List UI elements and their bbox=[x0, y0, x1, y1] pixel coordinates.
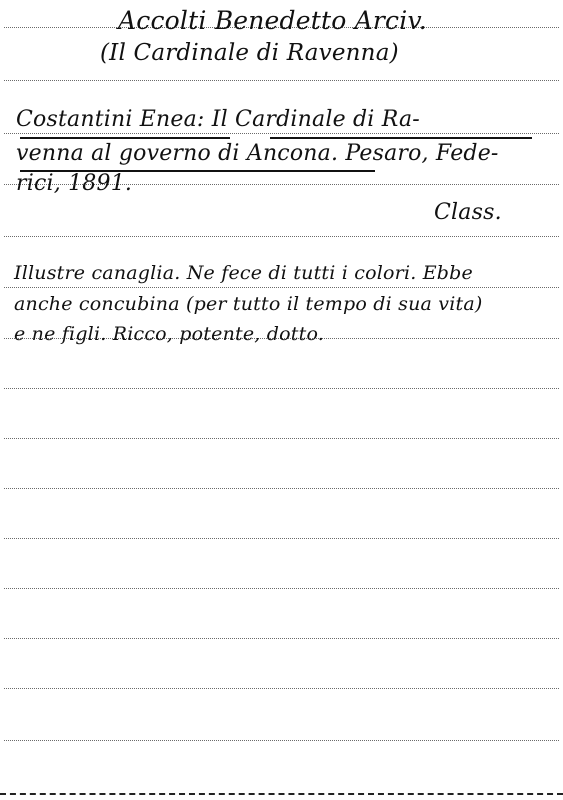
bibliography-line: rici, 1891. bbox=[16, 171, 132, 196]
ruled-line bbox=[4, 438, 559, 439]
author-underline bbox=[20, 137, 230, 139]
title-underline bbox=[270, 137, 532, 139]
index-card: Accolti Benedetto Arciv. (Il Cardinale d… bbox=[0, 0, 563, 800]
classification-label: Class. bbox=[434, 200, 502, 225]
note-line: e ne figli. Ricco, potente, dotto. bbox=[14, 323, 324, 345]
ruled-line bbox=[4, 133, 559, 134]
ruled-line bbox=[4, 236, 559, 237]
card-bottom-edge bbox=[0, 793, 563, 795]
note-line: Illustre canaglia. Ne fece di tutti i co… bbox=[14, 262, 473, 284]
heading-subtitle: (Il Cardinale di Ravenna) bbox=[100, 40, 399, 66]
ruled-line bbox=[4, 538, 559, 539]
ruled-line bbox=[4, 638, 559, 639]
ruled-line bbox=[4, 688, 559, 689]
ruled-line bbox=[4, 388, 559, 389]
ruled-line bbox=[4, 488, 559, 489]
ruled-line bbox=[4, 287, 559, 288]
ruled-line bbox=[4, 588, 559, 589]
ruled-line bbox=[4, 80, 559, 81]
title-underline bbox=[20, 170, 375, 172]
bibliography-line: Costantini Enea: Il Cardinale di Ra- bbox=[16, 107, 420, 132]
bibliography-line: venna al governo di Ancona. Pesaro, Fede… bbox=[16, 141, 499, 166]
note-line: anche concubina (per tutto il tempo di s… bbox=[14, 293, 482, 315]
ruled-line bbox=[4, 740, 559, 741]
heading-name: Accolti Benedetto Arciv. bbox=[118, 6, 427, 35]
